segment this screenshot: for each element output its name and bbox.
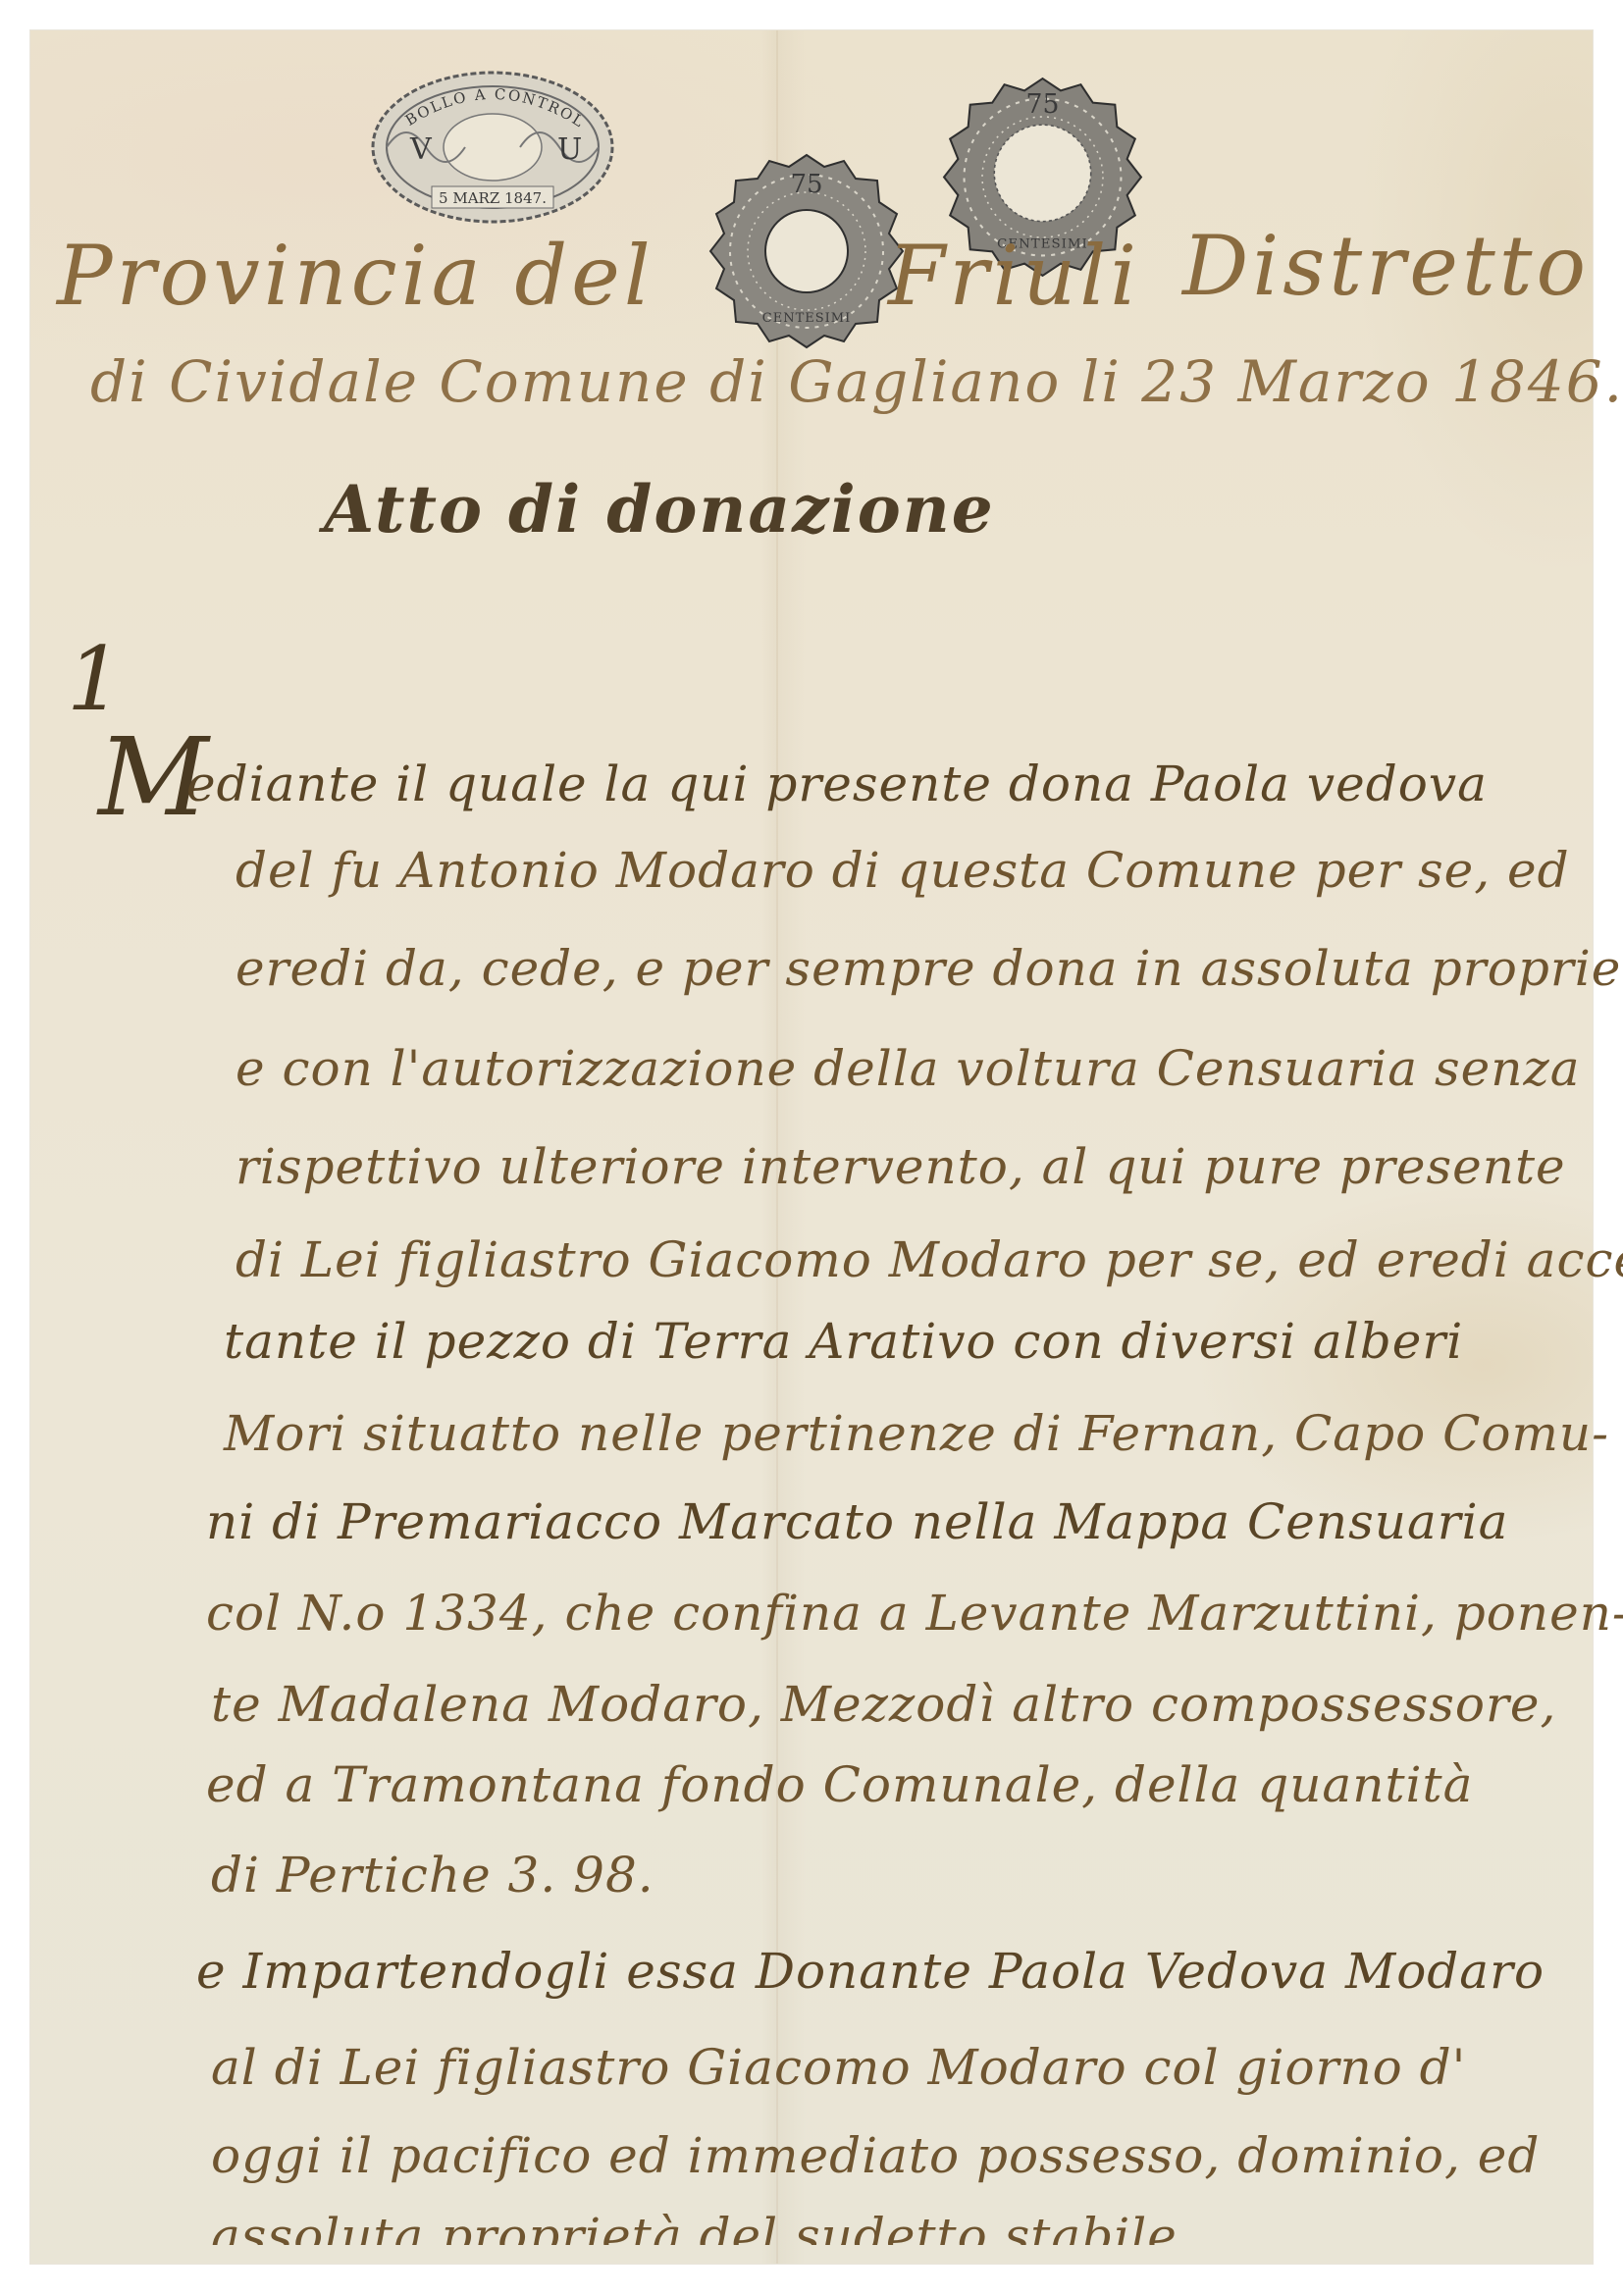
header-region: Friuli — [888, 228, 1140, 324]
body-line-7: tante il pezzo di Terra Arativo con dive… — [224, 1313, 1463, 1370]
body-line-13: di Pertiche 3. 98. — [211, 1847, 654, 1904]
control-stamp-left-letter: V — [409, 132, 433, 167]
header-place-date: di Cividale Comune di Gagliano li 23 Mar… — [90, 348, 1623, 415]
tax-stamp-left-label: CENTESIMI — [762, 311, 851, 326]
body-line-12: ed a Tramontana fondo Comunale, della qu… — [206, 1756, 1473, 1813]
body-line-4: e con l'autorizzazione della voltura Cen… — [236, 1040, 1581, 1097]
tax-stamp-75-left: 75 CENTESIMI — [708, 153, 905, 349]
body-line-11: te Madalena Modaro, Mezzodì altro compos… — [211, 1676, 1556, 1733]
body-line-6: di Lei figliastro Giacomo Modaro per se,… — [236, 1231, 1623, 1288]
control-stamp: BOLLO A CONTROLLO V U 5 MARZ 1847. — [365, 61, 620, 233]
control-stamp-right-letter: U — [557, 132, 582, 167]
header-provincia: Provincia del — [57, 228, 654, 324]
body-line-9: ni di Premariacco Marcato nella Mappa Ce… — [206, 1493, 1508, 1550]
body-line-16: oggi il pacifico ed immediato possesso, … — [211, 2127, 1540, 2184]
control-stamp-date: 5 MARZ 1847. — [439, 189, 547, 207]
header-distretto: Distretto — [1182, 218, 1590, 314]
body-line-15: al di Lei figliastro Giacomo Modaro col … — [211, 2039, 1466, 2096]
tax-stamp-left-value: 75 — [790, 170, 822, 199]
body-line-3: eredi da, cede, e per sempre dona in ass… — [236, 940, 1623, 997]
tax-stamp-right-value: 75 — [1026, 89, 1060, 120]
body-line-14: e Impartendogli essa Donante Paola Vedov… — [196, 1943, 1544, 2000]
body-line-5: rispettivo ulteriore intervento, al qui … — [236, 1138, 1566, 1195]
body-line-8: Mori situatto nelle pertinenze di Fernan… — [224, 1405, 1609, 1462]
document-title: Atto di donazione — [324, 471, 995, 548]
body-line-2: del fu Antonio Modaro di questa Comune p… — [236, 842, 1570, 899]
body-line-1: ediante il quale la qui presente dona Pa… — [186, 756, 1488, 812]
body-line-10: col N.o 1334, che confina a Levante Marz… — [206, 1585, 1623, 1642]
